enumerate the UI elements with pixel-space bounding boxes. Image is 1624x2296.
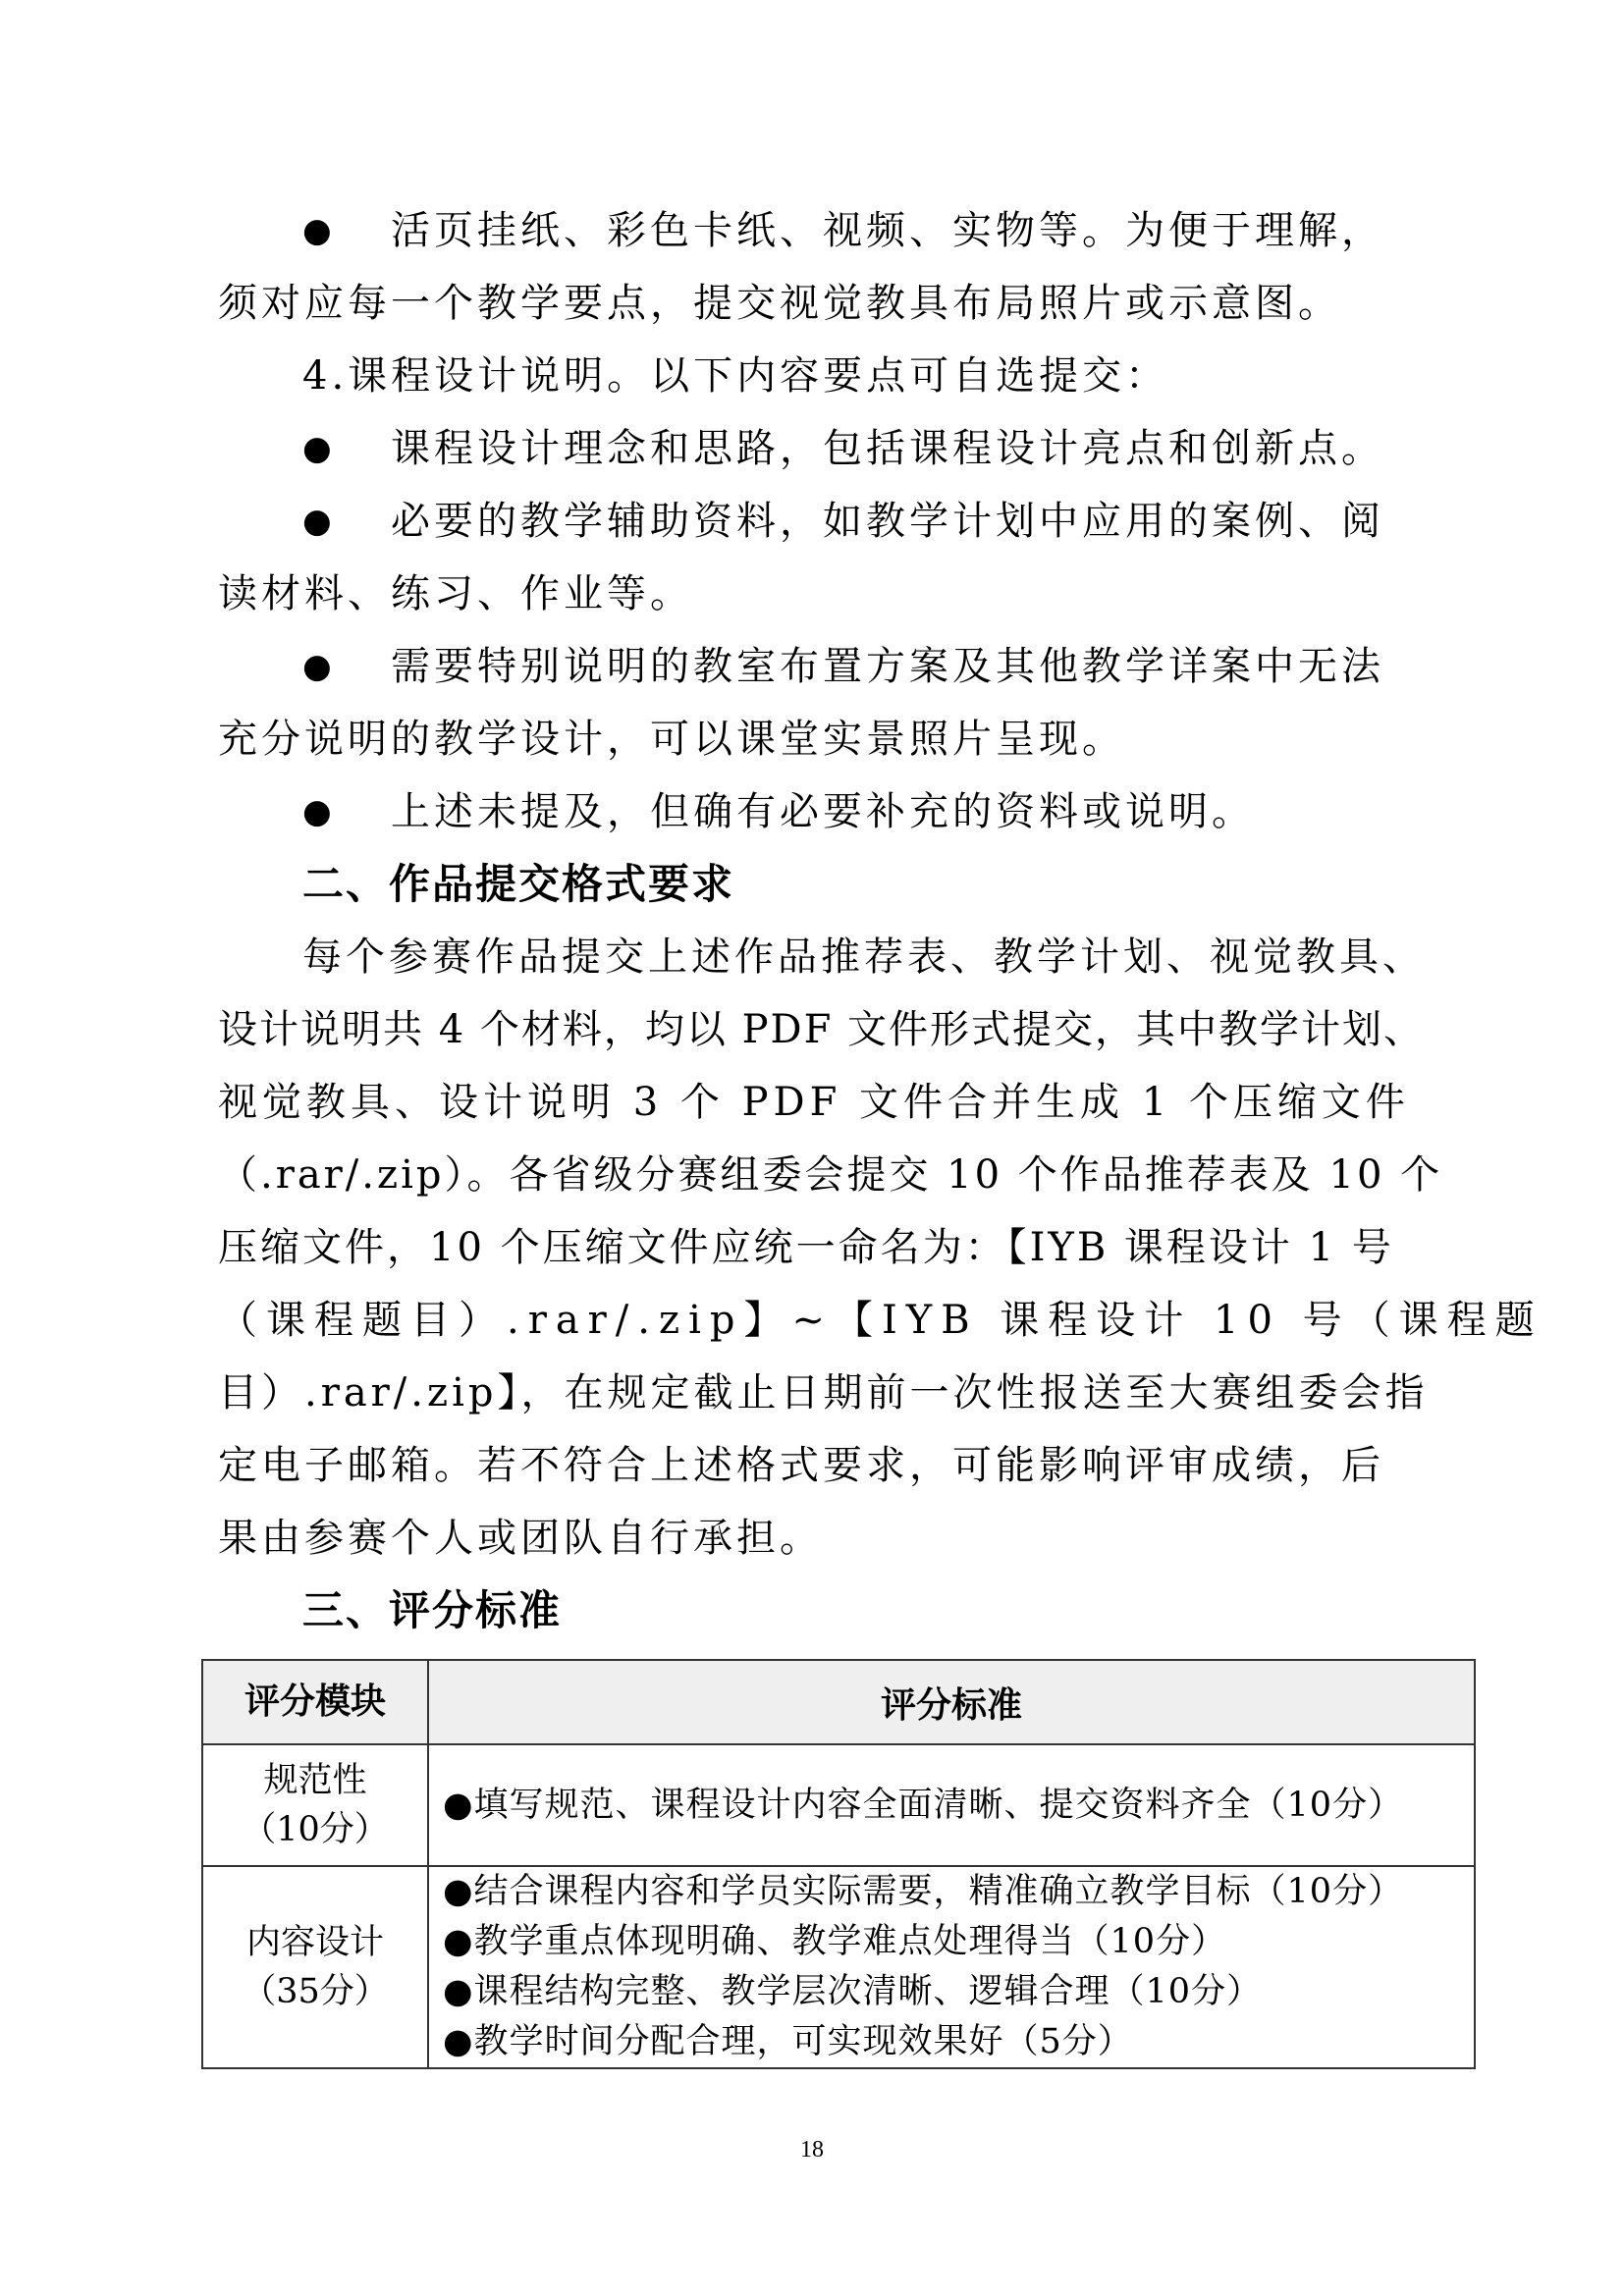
body-text-line: 读材料、练习、作业等。	[218, 569, 693, 618]
bullet-icon: ●	[302, 206, 332, 255]
module-name: 内容设计	[203, 1918, 427, 1967]
body-text-line: 须对应每一个教学要点，提交视觉教具布局照片或示意图。	[218, 279, 1341, 328]
criterion-item: ●课程结构完整、教学层次清晰、逻辑合理（10分）	[443, 1967, 1474, 2017]
body-text-line: （课程题目）.rar/.zip】~【IYB 课程设计 10 号（课程题	[218, 1296, 1543, 1345]
bullet-icon: ●	[302, 787, 332, 836]
criterion-item: ●教学时间分配合理，可实现效果好（5分）	[443, 2017, 1474, 2067]
section-heading: 二、作品提交格式要求	[302, 860, 734, 909]
bullet-icon: ●	[302, 424, 332, 473]
body-text-line: 设计说明共 4 个材料，均以 PDF 文件形式提交，其中教学计划、	[218, 1005, 1425, 1054]
numbered-item-title: 4.课程设计说明。以下内容要点可自选提交：	[302, 351, 1168, 400]
body-text-line: （.rar/.zip）。各省级分赛组委会提交 10 个作品推荐表及 10 个	[218, 1150, 1442, 1200]
module-score: （35分）	[203, 1967, 427, 2016]
column-header-module: 评分模块	[202, 1660, 428, 1744]
body-text-line: 果由参赛个人或团队自行承担。	[218, 1514, 823, 1563]
criteria-cell: ●填写规范、课程设计内容全面清晰、提交资料齐全（10分）	[428, 1744, 1475, 1866]
body-text-line: 需要特别说明的教室布置方案及其他教学详案中无法	[391, 642, 1384, 691]
module-score: （10分）	[203, 1805, 427, 1854]
body-text-line: 视觉教具、设计说明 3 个 PDF 文件合并生成 1 个压缩文件	[218, 1078, 1410, 1127]
criterion-item: ●教学重点体现明确、教学难点处理得当（10分）	[443, 1917, 1474, 1967]
module-name: 规范性	[203, 1756, 427, 1805]
module-cell: 规范性 （10分）	[202, 1744, 428, 1866]
body-text-line: 充分说明的教学设计，可以课堂实景照片呈现。	[218, 715, 1125, 764]
body-text-line: 目）.rar/.zip】，在规定截止日期前一次性报送至大赛组委会指	[218, 1368, 1428, 1417]
section-heading: 三、评分标准	[302, 1586, 562, 1635]
module-cell: 内容设计 （35分）	[202, 1866, 428, 2068]
body-text-line: 课程设计理念和思路，包括课程设计亮点和创新点。	[391, 424, 1384, 473]
criteria-cell: ●结合课程内容和学员实际需要，精准确立教学目标（10分） ●教学重点体现明确、教…	[428, 1866, 1475, 2068]
body-text-line: 上述未提及，但确有必要补充的资料或说明。	[391, 787, 1255, 836]
body-text-line: 压缩文件，10 个压缩文件应统一命名为：【IYB 课程设计 1 号	[218, 1223, 1394, 1272]
body-text-line: 必要的教学辅助资料，如教学计划中应用的案例、阅	[391, 497, 1384, 546]
scoring-table: 评分模块 评分标准 规范性 （10分） ●填写规范、课程设计内容全面清晰、提交资…	[201, 1659, 1476, 2069]
table-header-row: 评分模块 评分标准	[202, 1660, 1475, 1744]
body-text-line: 定电子邮箱。若不符合上述格式要求，可能影响评审成绩，后	[218, 1441, 1384, 1490]
table-row: 内容设计 （35分） ●结合课程内容和学员实际需要，精准确立教学目标（10分） …	[202, 1866, 1475, 2068]
column-header-criteria: 评分标准	[428, 1660, 1475, 1744]
body-text-line: 活页挂纸、彩色卡纸、视频、实物等。为便于理解，	[391, 206, 1384, 255]
page-number: 18	[0, 2137, 1624, 2163]
criterion-item: ●填写规范、课程设计内容全面清晰、提交资料齐全（10分）	[443, 1781, 1474, 1831]
bullet-icon: ●	[302, 642, 332, 691]
body-text-line: 每个参赛作品提交上述作品推荐表、教学计划、视觉教具、	[302, 933, 1426, 982]
criterion-item: ●结合课程内容和学员实际需要，精准确立教学目标（10分）	[443, 1867, 1474, 1917]
bullet-icon: ●	[302, 497, 332, 546]
document-page: ● 活页挂纸、彩色卡纸、视频、实物等。为便于理解， 须对应每一个教学要点，提交视…	[0, 0, 1624, 2296]
table-row: 规范性 （10分） ●填写规范、课程设计内容全面清晰、提交资料齐全（10分）	[202, 1744, 1475, 1866]
